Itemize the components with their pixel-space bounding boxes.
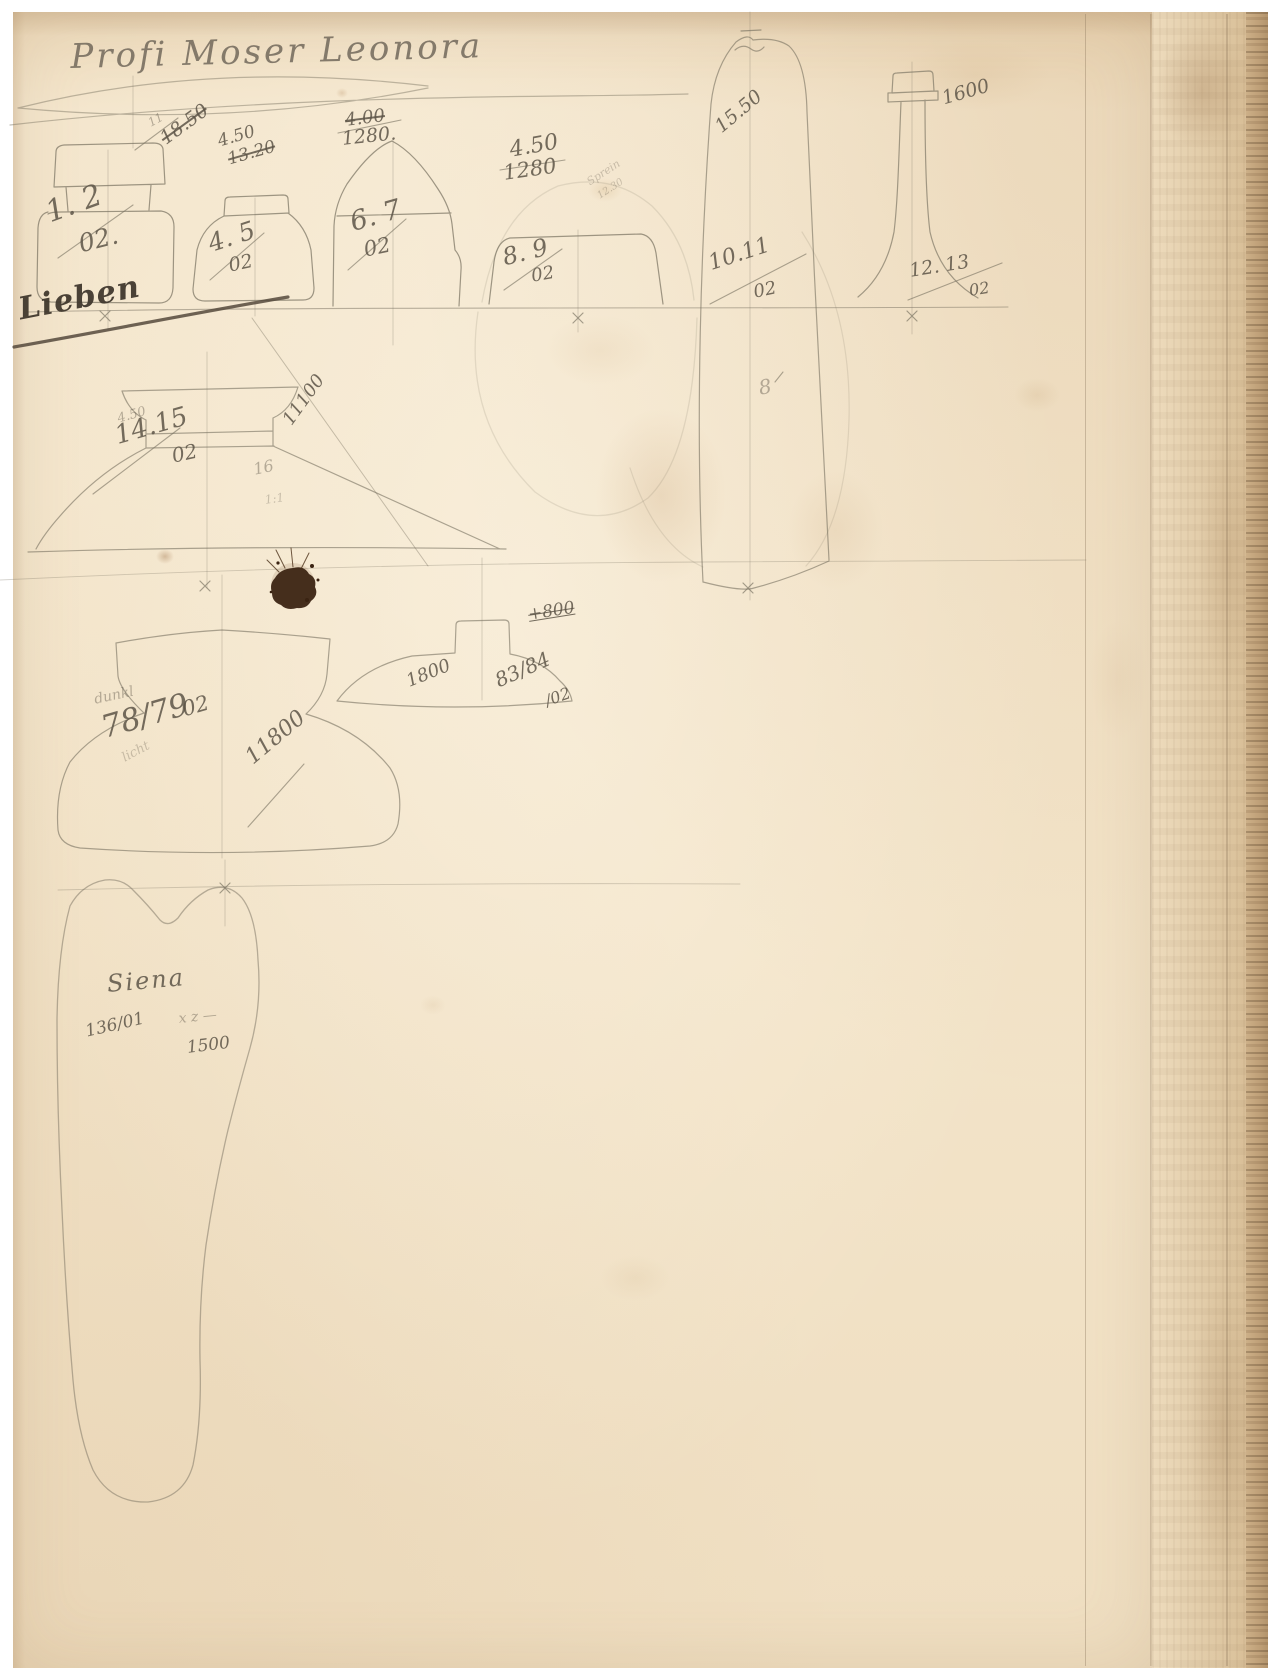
ink-splatter <box>305 598 309 602</box>
page-crease <box>1085 14 1086 1666</box>
ink-splatter <box>270 591 273 594</box>
jar2-label-den: 02 <box>227 252 255 276</box>
obelisk-ghost <box>630 232 849 567</box>
page-title: Profi Moser Leonora <box>70 29 484 74</box>
row1-baseline <box>28 307 1008 312</box>
dome-label-den: 02 <box>362 234 393 260</box>
squat-label-den: 02 <box>530 264 556 286</box>
ghost-dome-outline <box>475 182 697 516</box>
ink-splatter <box>317 579 320 582</box>
obelisk-label-den: 02 <box>752 279 778 301</box>
funnel-label-den: 02 <box>968 280 991 299</box>
shade-16: 16 <box>252 458 275 478</box>
row3-guideline <box>58 884 740 890</box>
ink-splatter <box>276 561 279 564</box>
photo-backdrop: Profi Moser Leonora 11 18.50 4.50 13.20 … <box>0 0 1273 1680</box>
shade-diagonal-line <box>252 318 428 566</box>
siena-label: Siena <box>106 965 186 996</box>
row2-guideline <box>0 560 1086 580</box>
fraction-slashes <box>58 118 1002 827</box>
page-crease <box>1150 14 1153 1666</box>
page-block-edge-dark <box>1246 12 1268 1668</box>
shade-label-den: 02 <box>170 441 199 466</box>
ink-splatter <box>310 564 314 568</box>
ink-blot <box>267 548 320 609</box>
siena-xz: x z — <box>178 1008 217 1026</box>
shade-ratio: 1:1 <box>264 491 285 506</box>
page-crease <box>1226 14 1228 1666</box>
pencil-linework <box>0 0 1273 1680</box>
